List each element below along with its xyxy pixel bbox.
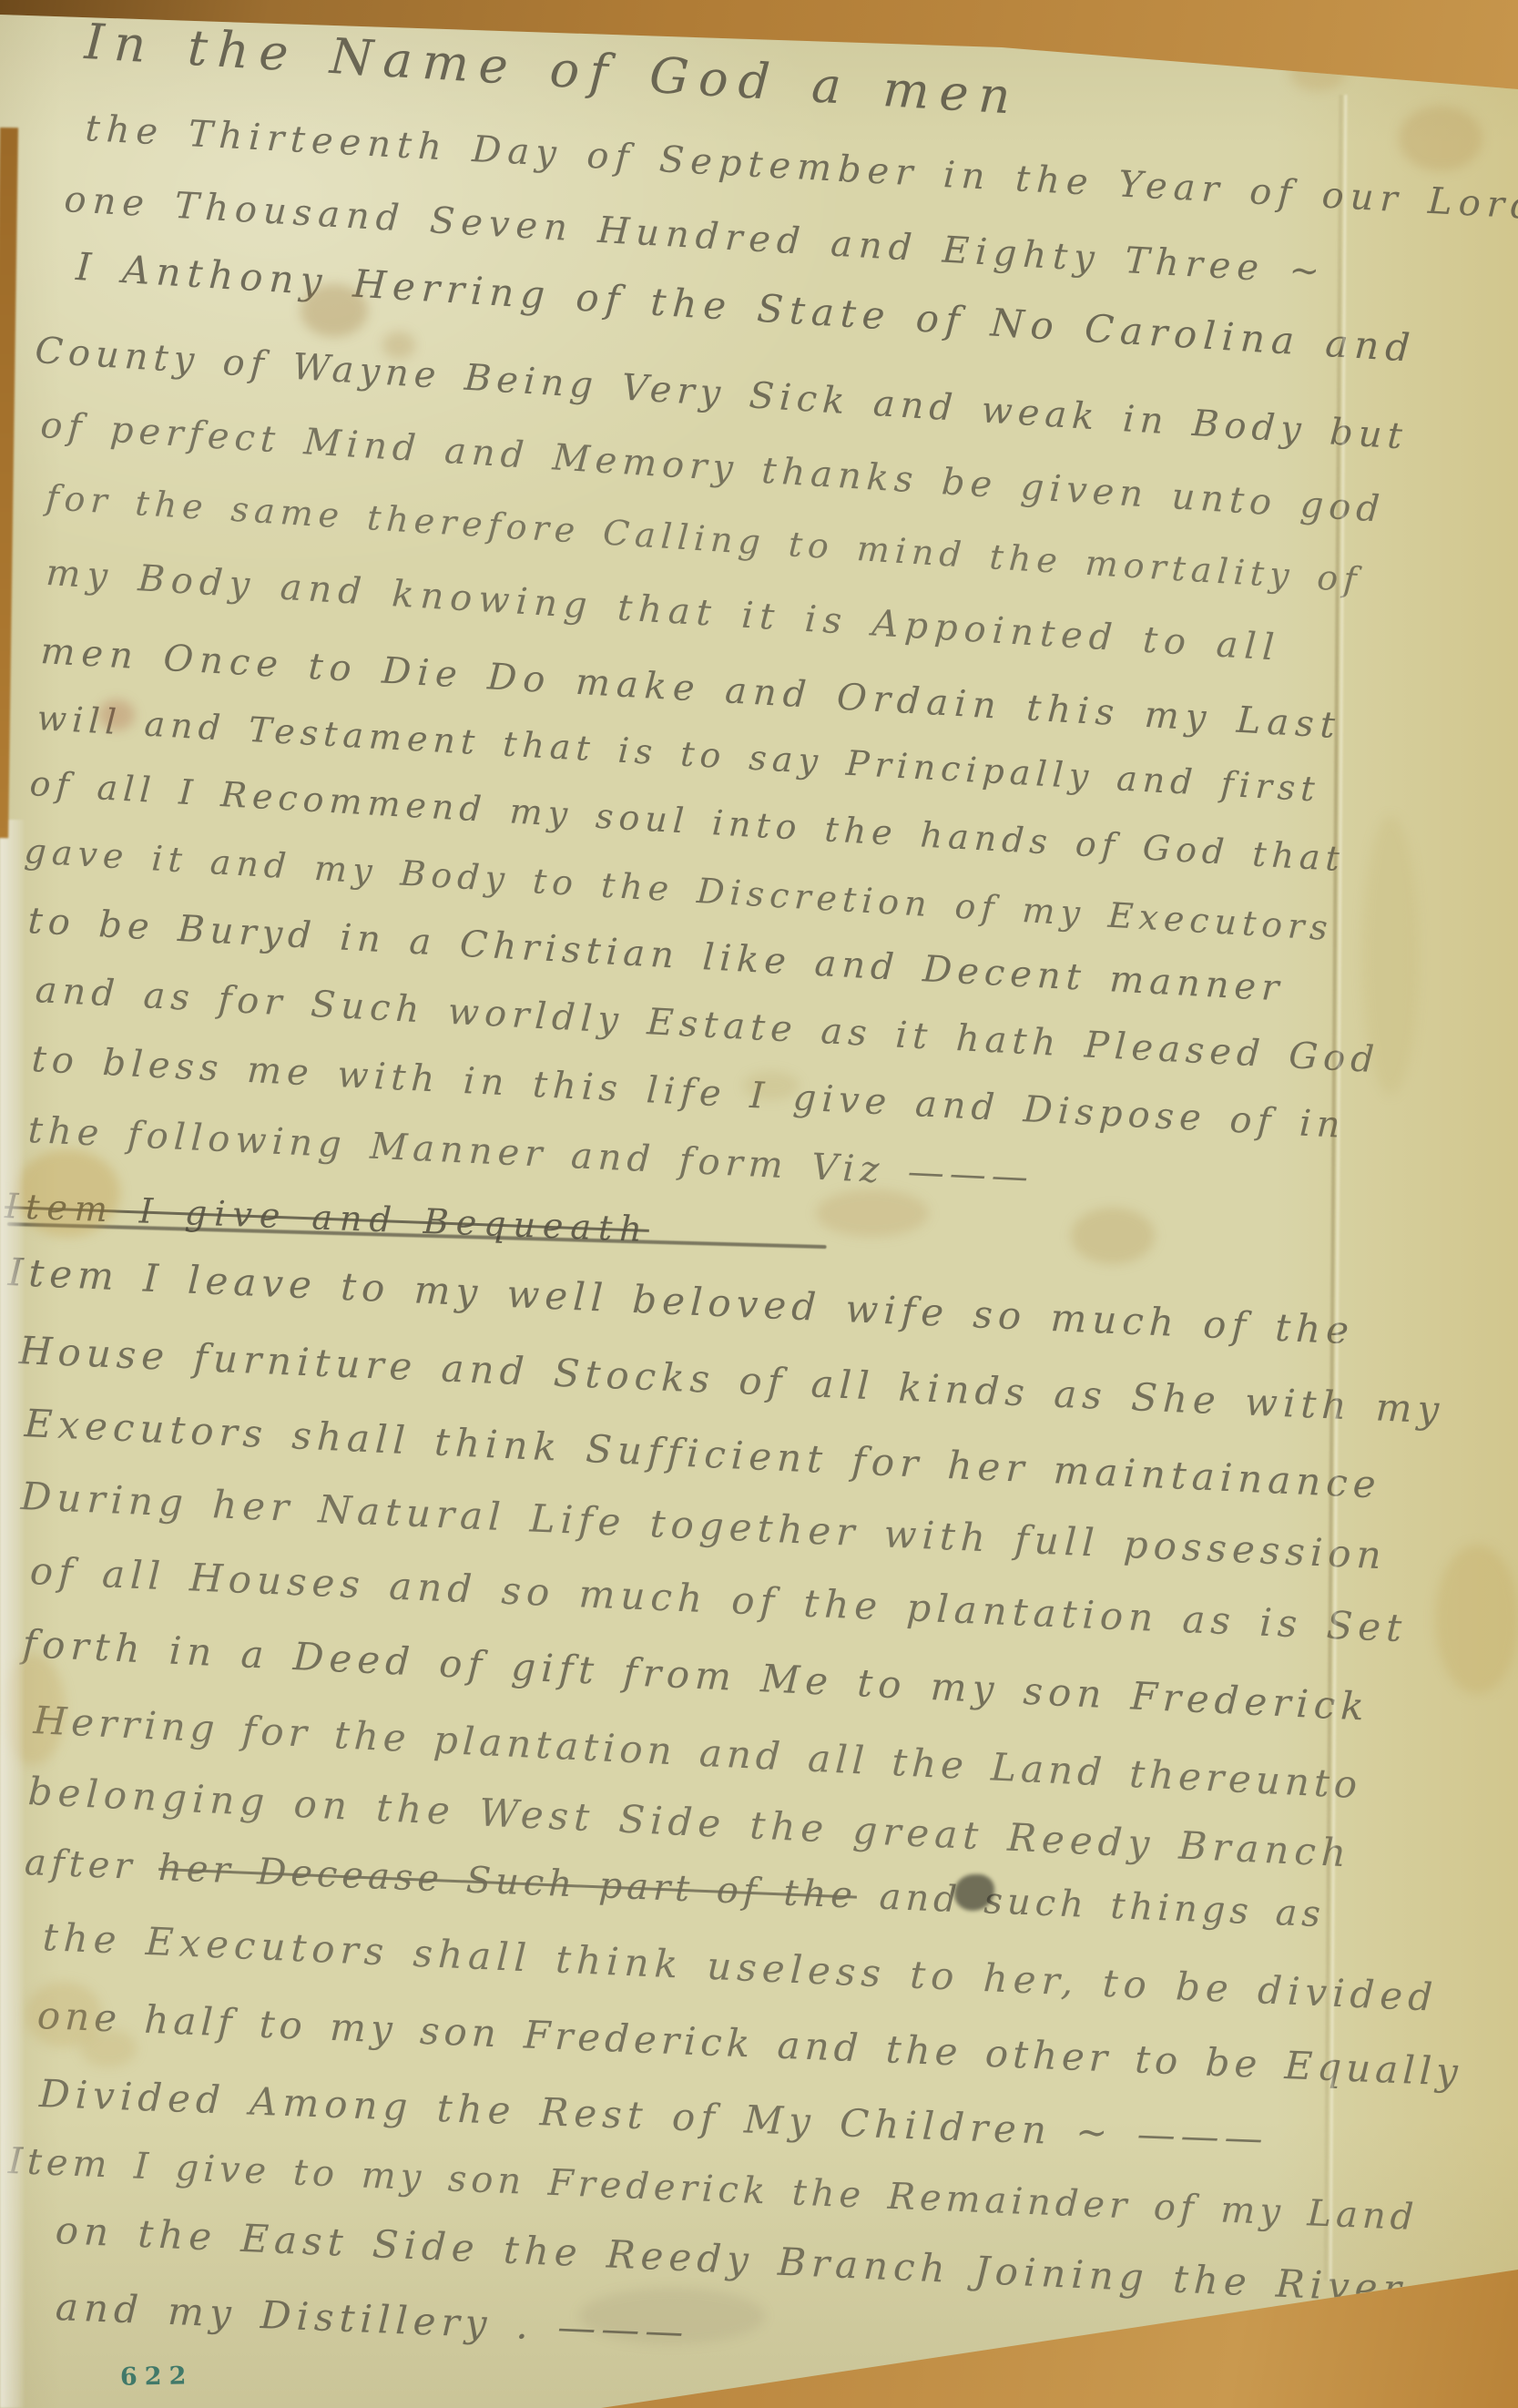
paper-stain (1399, 106, 1482, 171)
manuscript-text: after (24, 1842, 159, 1889)
paper-stain (1435, 1545, 1518, 1694)
heading-line: In the Name of God a men (83, 13, 1022, 126)
paper-stain (816, 1189, 929, 1237)
paper-sheet: In the Name of God a menthe Thirteenth D… (0, 0, 1518, 2408)
struck-text: her Decease Such part of the (158, 1847, 858, 1917)
manuscript-line: and my Distillery . ——— (55, 2284, 689, 2354)
manuscript-line: Divided Among the Rest of My Children ~ … (38, 2071, 1268, 2160)
page-number-stamp: 622 (120, 2362, 194, 2391)
manuscript-text: and such things as (856, 1875, 1326, 1936)
manuscript-photo: In the Name of God a menthe Thirteenth D… (0, 0, 1518, 2408)
paper-stain (1071, 1208, 1155, 1264)
paper-stain (1289, 53, 1346, 91)
paper-left-edge (0, 820, 25, 2408)
